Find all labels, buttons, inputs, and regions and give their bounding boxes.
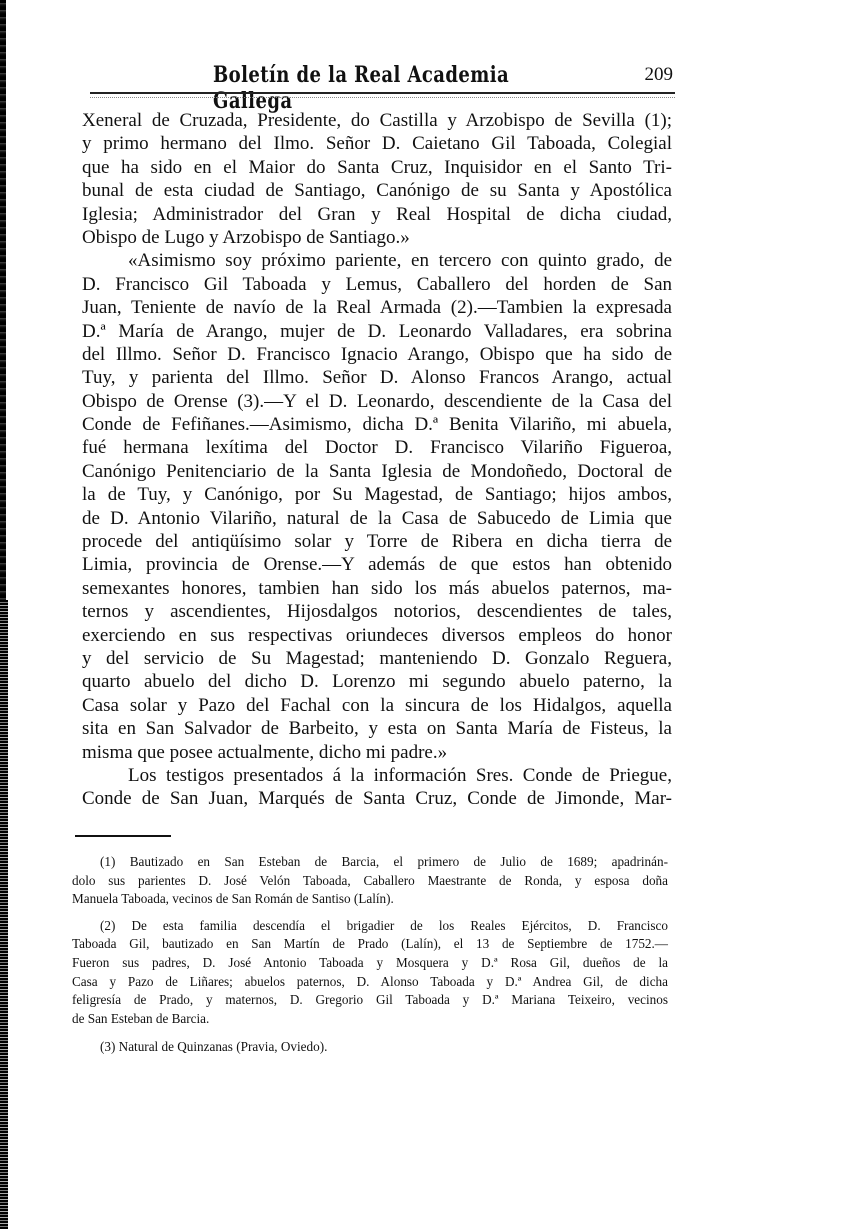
text-line: D.ª María de Arango, mujer de D. Leonard… — [82, 320, 672, 343]
text-line: Los testigos presentados á la informació… — [82, 764, 672, 787]
footnote-line: Casa y Pazo de Liñares; abuelos paternos… — [72, 973, 668, 992]
text-line: Obispo de Orense (3).—Y el D. Leonardo, … — [82, 390, 672, 413]
text-line: del Illmo. Señor D. Francisco Ignacio Ar… — [82, 343, 672, 366]
text-line: D. Francisco Gil Taboada y Lemus, Caball… — [82, 273, 672, 296]
text-line: Iglesia; Administrador del Gran y Real H… — [82, 203, 672, 226]
footnote-line: Taboada Gil, bautizado en San Martín de … — [72, 935, 668, 954]
text-line: «Asimismo soy próximo pariente, en terce… — [82, 249, 672, 272]
text-line: Limia, provincia de Orense.—Y además de … — [82, 553, 672, 576]
page-number: 209 — [645, 64, 674, 86]
text-line: procede del antiqüísimo solar y Torre de… — [82, 530, 672, 553]
header-rule — [90, 92, 675, 94]
footnote-line: (3) Natural de Quinzanas (Pravia, Oviedo… — [72, 1038, 668, 1057]
text-line: Conde de San Juan, Marqués de Santa Cruz… — [82, 787, 672, 810]
footnote-line: Fueron sus padres, D. José Antonio Taboa… — [72, 954, 668, 973]
page-header: Boletín de la Real Academia Gallega 209 — [90, 60, 675, 90]
footnote-1: (1) Bautizado en San Esteban de Barcia, … — [72, 853, 668, 909]
text-line: bunal de esta ciudad de Santiago, Canóni… — [82, 179, 672, 202]
text-line: que ha sido en el Maior do Santa Cruz, I… — [82, 156, 672, 179]
footnote-2: (2) De esta familia descendía el brigadi… — [72, 917, 668, 1029]
text-line: Canónigo Penitenciario de la Santa Igles… — [82, 460, 672, 483]
header-rule-dotted — [90, 97, 675, 99]
footnote-line: dolo sus parientes D. José Velón Taboada… — [72, 872, 668, 891]
footnote-line: (1) Bautizado en San Esteban de Barcia, … — [72, 853, 668, 872]
text-line: Casa solar y Pazo del Fachal con la sinc… — [82, 694, 672, 717]
text-line: exerciendo en sus respectivas oriundeces… — [82, 624, 672, 647]
text-line: fué hermana lexítima del Doctor D. Franc… — [82, 436, 672, 459]
text-line: quarto abuelo del dicho D. Lorenzo mi se… — [82, 670, 672, 693]
footnote-line: Manuela Taboada, vecinos de San Román de… — [72, 890, 668, 909]
running-title: Boletín de la Real Academia Gallega — [213, 62, 592, 114]
text-line: y del servicio de Su Magestad; mantenien… — [82, 647, 672, 670]
text-line: la de Tuy, y Canónigo, por Su Magestad, … — [82, 483, 672, 506]
text-line: semexantes honores, tambien han sido los… — [82, 577, 672, 600]
text-line: Obispo de Lugo y Arzobispo de Santiago.» — [82, 226, 672, 249]
text-line: sita en San Salvador de Barbeito, y esta… — [82, 717, 672, 740]
text-line: Juan, Teniente de navío de la Real Armad… — [82, 296, 672, 319]
text-line: Conde de Fefiñanes.—Asimismo, dicha D.ª … — [82, 413, 672, 436]
footnote-line: (2) De esta familia descendía el brigadi… — [72, 917, 668, 936]
body-text: Xeneral de Cruzada, Presidente, do Casti… — [82, 109, 672, 811]
binding-edge-lower — [0, 600, 8, 1229]
text-line: de D. Antonio Vilariño, natural de la Ca… — [82, 507, 672, 530]
footnote-line: feligresía de Prado, y maternos, D. Greg… — [72, 991, 668, 1010]
footnote-3: (3) Natural de Quinzanas (Pravia, Oviedo… — [72, 1038, 668, 1057]
text-line: Tuy, y parienta del Illmo. Señor D. Alon… — [82, 366, 672, 389]
text-line: ternos y ascendientes, Hijosdalgos notor… — [82, 600, 672, 623]
footnote-rule — [75, 835, 171, 837]
text-line: misma que posee actualmente, dicho mi pa… — [82, 741, 672, 764]
text-line: y primo hermano del Ilmo. Señor D. Caiet… — [82, 132, 672, 155]
footnote-line: de San Esteban de Barcia. — [72, 1010, 668, 1029]
text-line: Xeneral de Cruzada, Presidente, do Casti… — [82, 109, 672, 132]
footnotes: (1) Bautizado en San Esteban de Barcia, … — [72, 853, 668, 1057]
